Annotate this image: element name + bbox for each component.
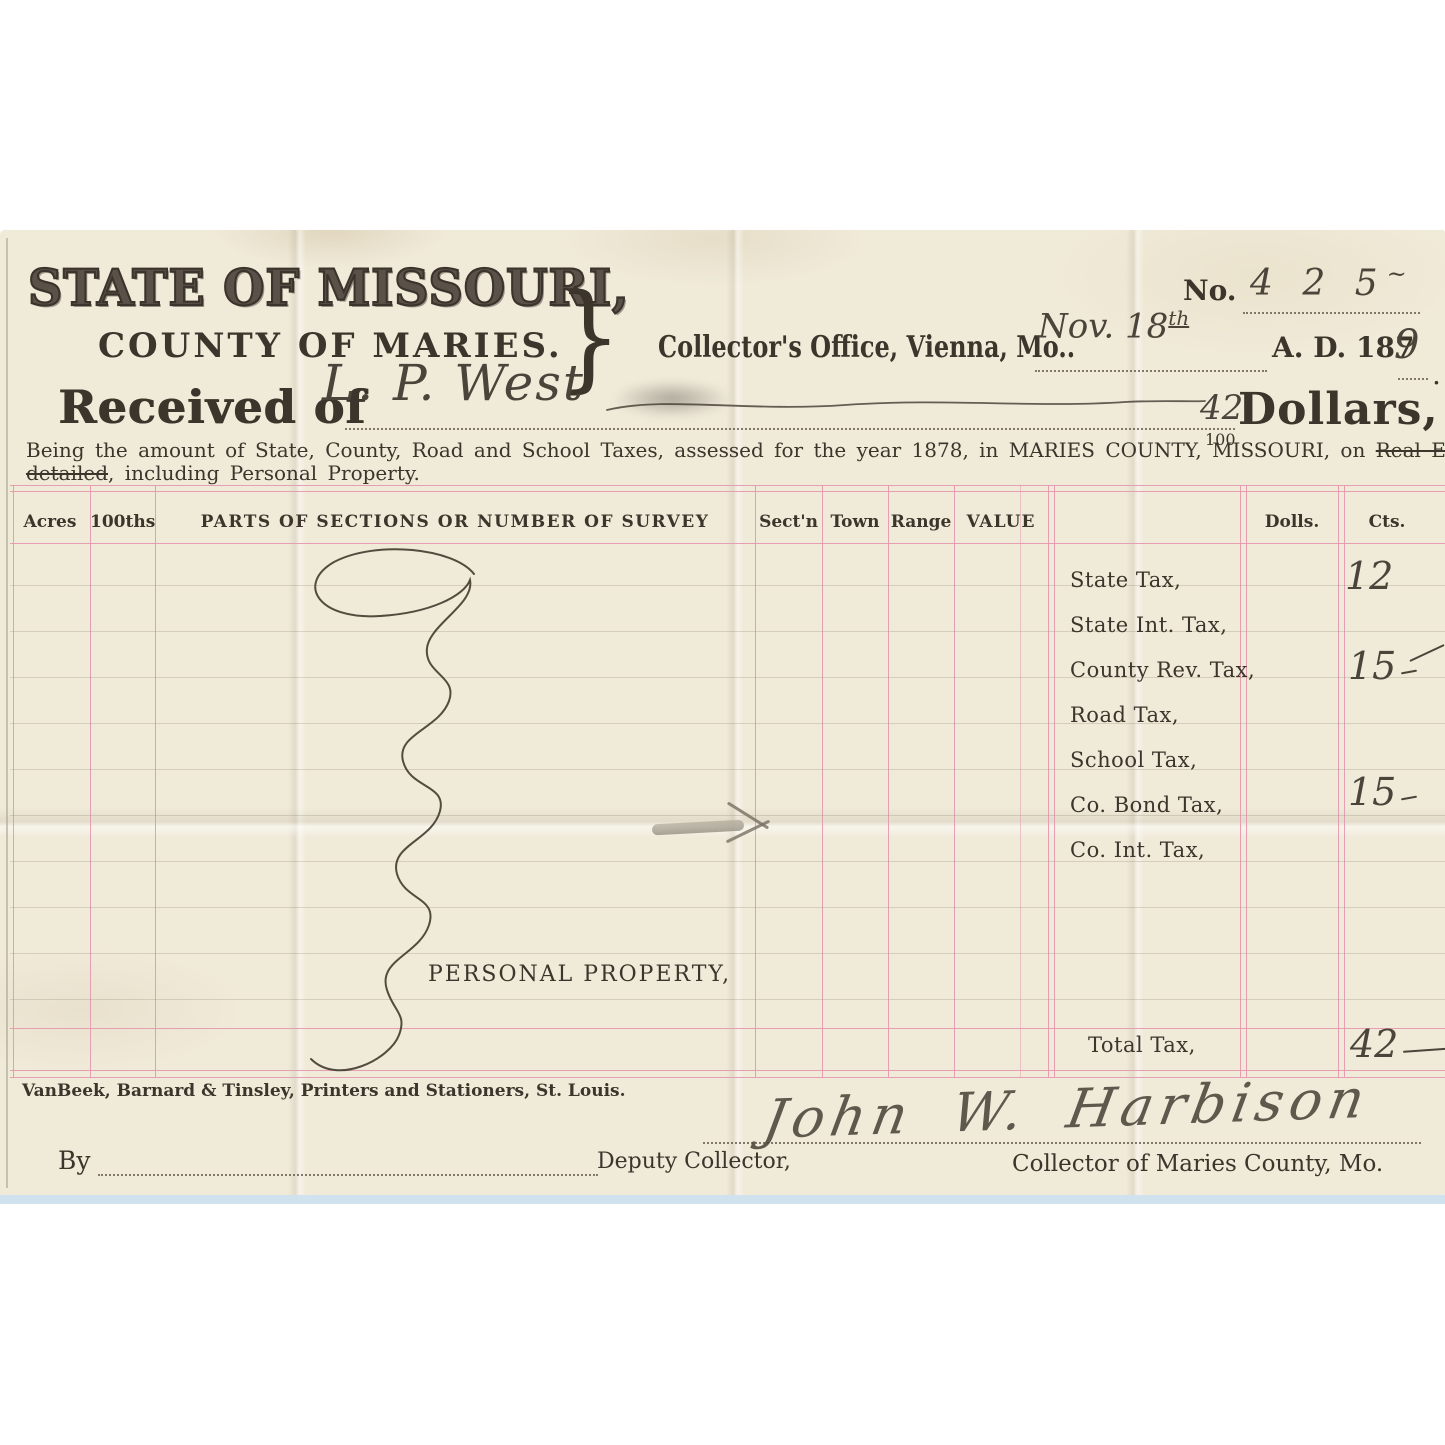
column-header-town: Town bbox=[822, 505, 888, 539]
pen-strike-line bbox=[605, 390, 1210, 416]
column-header-acres: Acres bbox=[10, 505, 90, 539]
printer-imprint-line: VanBeek, Barnard & Tinsley, Printers and… bbox=[22, 1081, 626, 1101]
date-ordinal-suffix: th bbox=[1168, 306, 1189, 330]
table-vertical-rule bbox=[755, 485, 756, 1077]
table-horizontal-rule bbox=[10, 1028, 1445, 1029]
pen-tail-dash bbox=[1403, 1047, 1445, 1053]
collector-of-county-label: Collector of Maries County, Mo. bbox=[1012, 1151, 1383, 1177]
tax-value-county-rev: 15 bbox=[1348, 644, 1417, 688]
receipt-paper: STATE OF MISSOURI, } COUNTY OF MARIES. N… bbox=[0, 230, 1445, 1195]
body-text-line2-normal: , including Personal Property. bbox=[108, 461, 420, 485]
receipt-number-flourish: ~ bbox=[1387, 260, 1416, 288]
column-header-100ths: 100ths bbox=[90, 505, 155, 539]
receipt-number-digits: 4 2 5 bbox=[1250, 263, 1387, 304]
table-faint-row-rule bbox=[10, 631, 1445, 632]
column-header-sectn: Sect'n bbox=[755, 505, 822, 539]
tax-row-label-school: School Tax, bbox=[1070, 748, 1197, 772]
table-horizontal-rule bbox=[10, 491, 1445, 492]
date-day: Nov. 18 bbox=[1038, 306, 1168, 346]
table-horizontal-rule bbox=[10, 1070, 1445, 1071]
tax-value-county-rev-digits: 15 bbox=[1348, 644, 1396, 688]
table-horizontal-rule bbox=[10, 485, 1445, 486]
paper-left-edge bbox=[6, 238, 8, 1188]
table-faint-row-rule bbox=[10, 861, 1445, 862]
pen-dash bbox=[1401, 795, 1417, 800]
vertical-fold-crease bbox=[726, 230, 744, 1195]
table-vertical-rule bbox=[155, 485, 156, 1077]
table-vertical-rule bbox=[90, 485, 91, 1077]
table-faint-row-rule bbox=[10, 953, 1445, 954]
received-of-label: Received of bbox=[58, 380, 366, 434]
receipt-number-label: No. bbox=[1183, 274, 1237, 307]
column-header-range: Range bbox=[888, 505, 954, 539]
table-vertical-rule bbox=[888, 485, 889, 1077]
personal-property-label: PERSONAL PROPERTY, bbox=[428, 962, 731, 987]
tax-row-label-co-int: Co. Int. Tax, bbox=[1070, 838, 1205, 862]
tax-value-co-bond-digits: 15 bbox=[1348, 770, 1396, 814]
table-vertical-rule bbox=[822, 485, 823, 1077]
table-vertical-rule bbox=[1020, 485, 1021, 1077]
collector-signature-handwritten: John W. Harbison bbox=[759, 1067, 1375, 1151]
table-faint-row-rule bbox=[10, 815, 1445, 816]
body-text-line1-normal: Being the amount of State, County, Road … bbox=[26, 438, 1376, 462]
pen-dash bbox=[1401, 669, 1417, 674]
payer-name-handwritten: L. P. West bbox=[322, 354, 585, 412]
tax-row-label-county-rev: County Rev. Tax, bbox=[1070, 658, 1255, 682]
ad-year-handwritten: 9 bbox=[1394, 322, 1419, 368]
total-tax-value: 42 bbox=[1350, 1022, 1445, 1066]
column-header-cts: Cts. bbox=[1344, 505, 1430, 539]
total-tax-digits: 42 bbox=[1350, 1022, 1398, 1066]
scanned-tax-receipt-page: { "colors": { "paper": "#f0ead9", "rule_… bbox=[0, 0, 1445, 1445]
tax-value-state: 12 bbox=[1345, 554, 1393, 598]
column-header-parts-of-sections: PARTS OF SECTIONS OR NUMBER OF SURVEY bbox=[155, 505, 755, 539]
table-faint-row-rule bbox=[10, 999, 1445, 1000]
table-vertical-rule bbox=[1240, 485, 1241, 1077]
table-vertical-rule bbox=[1338, 485, 1339, 1077]
receipt-number-line bbox=[1243, 312, 1420, 314]
body-text-line1: Being the amount of State, County, Road … bbox=[26, 438, 1445, 462]
ad-year-line bbox=[1398, 378, 1428, 380]
deputy-signature-line bbox=[98, 1174, 598, 1176]
table-faint-row-rule bbox=[10, 723, 1445, 724]
amount-handwritten: 42 bbox=[1200, 388, 1243, 428]
tax-row-label-state-int: State Int. Tax, bbox=[1070, 613, 1227, 637]
table-vertical-rule bbox=[1048, 485, 1049, 1077]
tax-row-label-road: Road Tax, bbox=[1070, 703, 1179, 727]
total-tax-label: Total Tax, bbox=[1088, 1033, 1196, 1057]
scan-bottom-edge-strip bbox=[0, 1195, 1445, 1204]
body-text-line1-struck: Real Estate below bbox=[1376, 438, 1445, 462]
by-label: By bbox=[58, 1146, 91, 1175]
table-vertical-rule bbox=[1054, 485, 1055, 1077]
table-vertical-rule bbox=[13, 485, 14, 1077]
body-text-line2: detailed, including Personal Property. bbox=[26, 461, 420, 485]
pen-squiggle-cancellation bbox=[278, 546, 488, 1091]
collectors-office-line: Collector's Office, Vienna, Mo.. bbox=[658, 330, 1075, 365]
receipt-number-value: 4 2 5~ bbox=[1250, 260, 1416, 304]
table-horizontal-rule bbox=[10, 543, 1445, 544]
column-header-dolls: Dolls. bbox=[1246, 505, 1338, 539]
tax-row-label-state: State Tax, bbox=[1070, 568, 1181, 592]
date-line bbox=[1035, 370, 1267, 372]
table-vertical-rule bbox=[954, 485, 955, 1077]
date-handwritten: Nov. 18th bbox=[1038, 306, 1189, 346]
column-header-value: VALUE bbox=[954, 505, 1048, 539]
tax-row-label-co-bond: Co. Bond Tax, bbox=[1070, 793, 1223, 817]
tax-value-co-bond: 15 bbox=[1348, 770, 1417, 814]
table-faint-row-rule bbox=[10, 907, 1445, 908]
table-faint-row-rule bbox=[10, 585, 1445, 586]
received-of-line bbox=[345, 428, 1235, 430]
deputy-collector-label: Deputy Collector, bbox=[597, 1149, 791, 1174]
dollars-label: Dollars, bbox=[1238, 384, 1439, 435]
table-vertical-rule bbox=[1246, 485, 1247, 1077]
body-text-line2-struck: detailed bbox=[26, 461, 108, 485]
table-faint-row-rule bbox=[10, 769, 1445, 770]
state-title: STATE OF MISSOURI, bbox=[28, 258, 630, 317]
